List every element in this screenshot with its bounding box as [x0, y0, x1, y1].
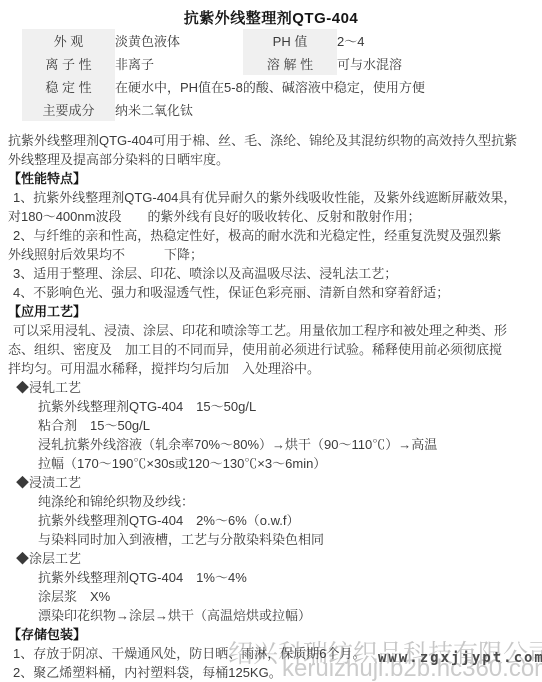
product-spec-document: 抗紫外线整理剂QTG-404 外 观 淡黄色液体 PH 值 2～4 离 子 性 …	[0, 0, 542, 682]
feature-item-2-line-1: 2、与纤维的亲和性高，热稳定性好，极高的耐水洗和光稳定性，经重复洗熨及强烈紫	[0, 226, 542, 245]
spec-value-main-component: 纳米二氧化钛	[115, 98, 542, 121]
coating-process-paste: 涂层浆 X%	[0, 587, 542, 606]
page-title: 抗紫外线整理剂QTG-404	[0, 7, 542, 28]
spec-label-main-component: 主要成分	[22, 98, 115, 121]
feature-item-4: 4、不影响色光、强力和吸湿透气性，保证色彩亮丽、清新自然和穿着舒适；	[0, 283, 542, 302]
pad-process-steps-line-1: 浸轧抗紫外线溶液（轧余率70%～80%）→烘干（90～110℃）→高温	[0, 435, 542, 454]
application-intro-line-3: 拌均匀。可用温水稀释，搅拌均匀后加 入处理浴中。	[0, 359, 542, 378]
subheading-pad-process: ◆浸轧工艺	[0, 378, 542, 397]
pad-process-steps-line-2: 拉幅（170～190℃×30s或120～130℃×3～6min）	[0, 454, 542, 473]
feature-item-1-line-1: 1、抗紫外线整理剂QTG-404具有优异耐久的紫外线吸收性能，及紫外线遮断屏蔽效…	[0, 188, 542, 207]
spec-value-appearance: 淡黄色液体	[115, 29, 243, 52]
section-heading-features: 【性能特点】	[0, 169, 542, 188]
spec-label-solubility: 溶 解 性	[243, 52, 337, 75]
pad-process-dosage: 抗紫外线整理剂QTG-404 15～50g/L	[0, 397, 542, 416]
section-heading-storage: 【存储包装】	[0, 625, 542, 644]
document-body: 抗紫外线整理剂QTG-404可用于棉、丝、毛、涤纶、锦纶及其混纺织物的高效持久型…	[0, 131, 542, 682]
dip-process-note: 与染料同时加入到液槽，工艺与分散染料染色相同	[0, 530, 542, 549]
spec-label-ionicity: 离 子 性	[22, 52, 115, 75]
spec-label-ph: PH 值	[243, 29, 337, 52]
table-row: 离 子 性 非离子 溶 解 性 可与水混溶	[22, 52, 542, 75]
application-intro-line-1: 可以采用浸轧、浸渍、涂层、印花和喷涂等工艺。用量依加工程序和被处理之种类、形	[0, 321, 542, 340]
spec-value-ionicity: 非离子	[115, 52, 243, 75]
intro-line-2: 外线整理及提高部分染料的日晒牢度。	[0, 150, 542, 169]
feature-item-3: 3、适用于整理、涂层、印花、喷涂以及高温吸尽法、浸轧法工艺；	[0, 264, 542, 283]
dip-process-dosage: 抗紫外线整理剂QTG-404 2%～6%（o.w.f）	[0, 511, 542, 530]
feature-item-2-line-2: 外线照射后效果均不 下降；	[0, 245, 542, 264]
spec-value-stability: 在硬水中，PH值在5-8的酸、碱溶液中稳定，使用方便	[115, 75, 542, 98]
dip-process-fabric: 纯涤纶和锦纶织物及纱线：	[0, 492, 542, 511]
spec-value-solubility: 可与水混溶	[337, 52, 542, 75]
spec-table: 外 观 淡黄色液体 PH 值 2～4 离 子 性 非离子 溶 解 性 可与水混溶…	[22, 29, 542, 121]
subheading-coating-process: ◆涂层工艺	[0, 549, 542, 568]
spec-label-stability: 稳 定 性	[22, 75, 115, 98]
table-row: 稳 定 性 在硬水中，PH值在5-8的酸、碱溶液中稳定，使用方便	[22, 75, 542, 98]
watermark-url-zgxjjypt: www.zgxjjypt.com	[378, 650, 542, 666]
section-heading-application: 【应用工艺】	[0, 302, 542, 321]
subheading-dip-process: ◆浸渍工艺	[0, 473, 542, 492]
table-row: 主要成分 纳米二氧化钛	[22, 98, 542, 121]
spec-value-ph: 2～4	[337, 29, 542, 52]
intro-line-1: 抗紫外线整理剂QTG-404可用于棉、丝、毛、涤纶、锦纶及其混纺织物的高效持久型…	[0, 131, 542, 150]
pad-process-binder: 粘合剂 15～50g/L	[0, 416, 542, 435]
coating-process-steps: 漂染印花织物→涂层→烘干（高温焙烘或拉幅）	[0, 606, 542, 625]
table-row: 外 观 淡黄色液体 PH 值 2～4	[22, 29, 542, 52]
coating-process-dosage: 抗紫外线整理剂QTG-404 1%～4%	[0, 568, 542, 587]
application-intro-line-2: 态、组织、密度及 加工目的不同而异，使用前必须进行试验。稀释使用前必须彻底搅	[0, 340, 542, 359]
feature-item-1-line-2: 对180～400nm波段 的紫外线有良好的吸收转化、反射和散射作用；	[0, 207, 542, 226]
spec-label-appearance: 外 观	[22, 29, 115, 52]
